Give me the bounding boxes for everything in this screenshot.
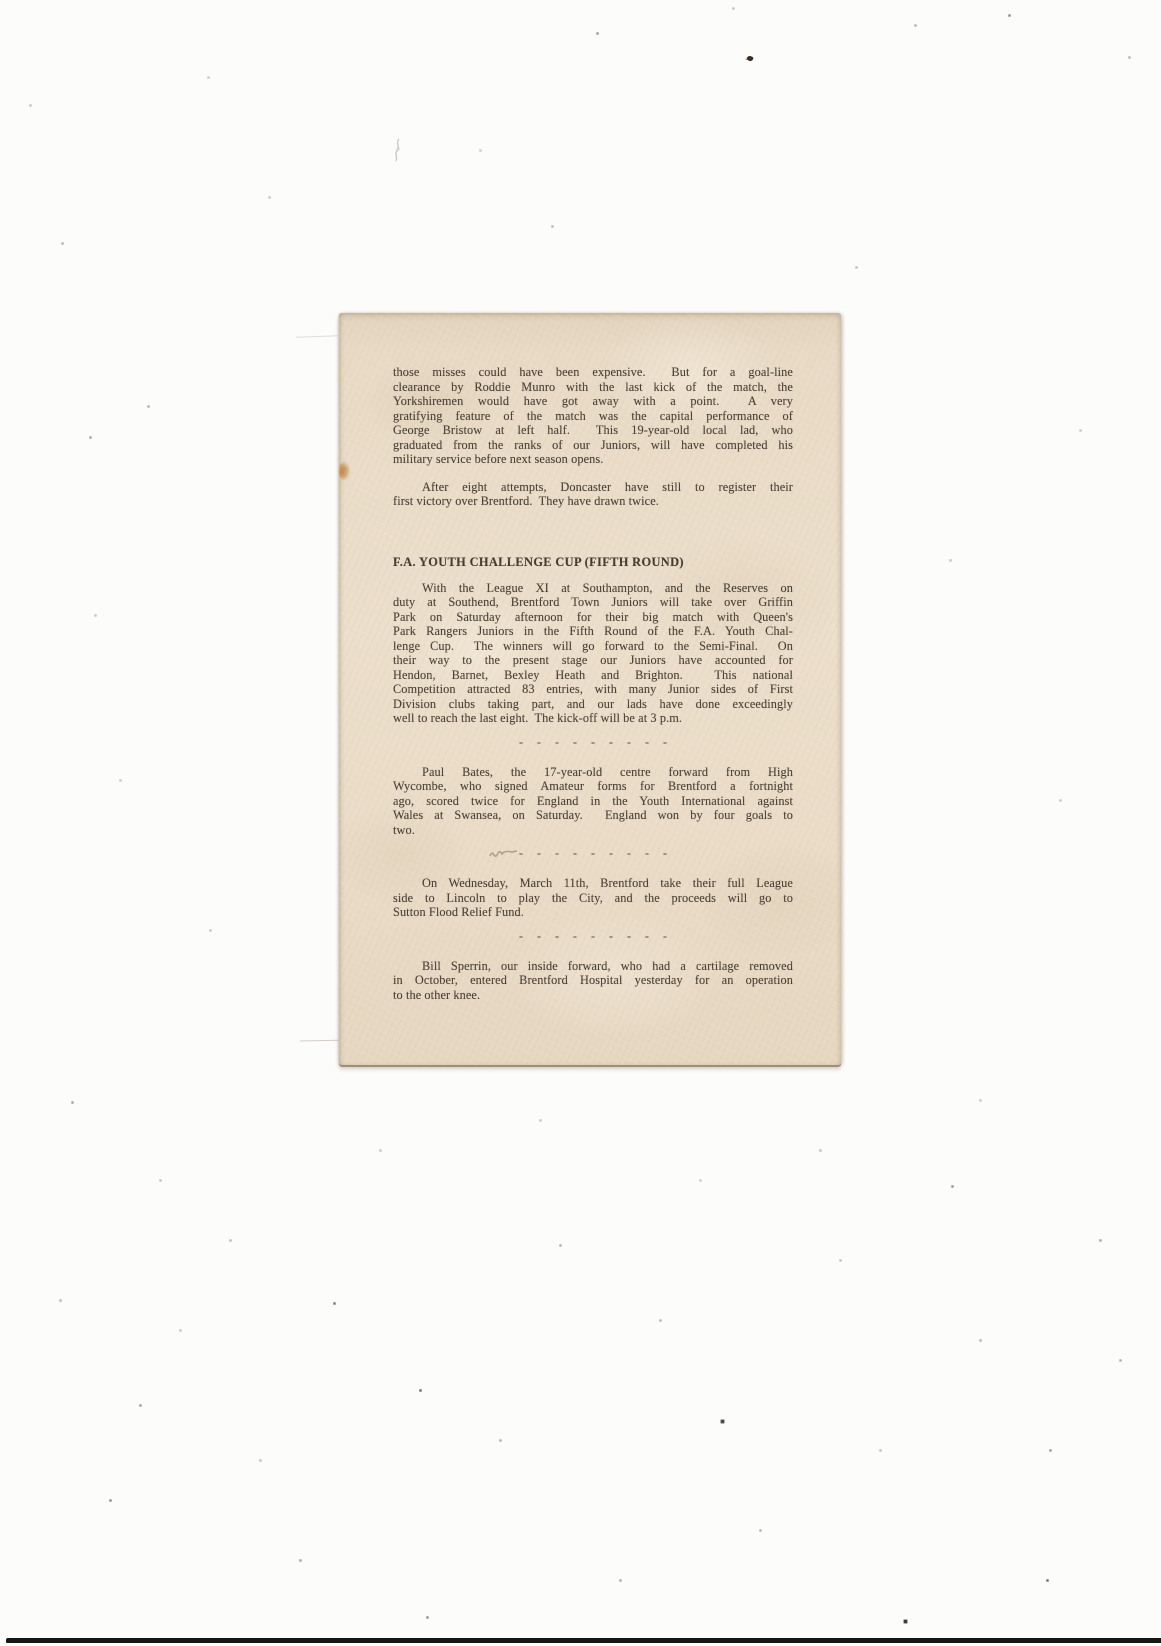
dashed-separator: ---------	[393, 929, 793, 943]
separator-dashes: ---------	[505, 735, 681, 749]
paragraph: With the League XI at Southampton, and t…	[393, 581, 793, 726]
programme-page: those misses could have been expensive. …	[339, 313, 841, 1065]
paragraph: Paul Bates, the 17-year-old centre forwa…	[393, 765, 793, 838]
text-line: Bill Sperrin, our inside forward, who ha…	[393, 959, 793, 974]
text-line: duty at Southend, Brentford Town Juniors…	[393, 595, 793, 610]
text-line: On Wednesday, March 11th, Brentford take…	[393, 876, 793, 891]
text-line: those misses could have been expensive. …	[393, 365, 793, 380]
text-line: Hendon, Barnet, Bexley Heath and Brighto…	[393, 668, 793, 683]
separator-dashes: ---------	[505, 929, 681, 943]
text-line: in October, entered Brentford Hospital y…	[393, 973, 793, 988]
text-line: to the other knee.	[393, 988, 793, 1003]
text-line: Competition attracted 83 entries, with m…	[393, 682, 793, 697]
text-line: lenge Cup. The winners will go forward t…	[393, 639, 793, 654]
text-line: George Bristow at left half. This 19-yea…	[393, 423, 793, 438]
paragraph: After eight attempts, Doncaster have sti…	[393, 480, 793, 509]
text-line: Park Rangers Juniors in the Fifth Round …	[393, 624, 793, 639]
text-line: Paul Bates, the 17-year-old centre forwa…	[393, 765, 793, 780]
section-heading: F.A. YOUTH CHALLENGE CUP (FIFTH ROUND)	[393, 555, 793, 570]
text-line: graduated from the ranks of our Juniors,…	[393, 438, 793, 453]
text-line: ago, scored twice for England in the You…	[393, 794, 793, 809]
text-line: well to reach the last eight. The kick-o…	[393, 711, 793, 726]
scan-canvas: those misses could have been expensive. …	[0, 0, 1161, 1646]
text-line: first victory over Brentford. They have …	[393, 494, 793, 509]
paragraph: Bill Sperrin, our inside forward, who ha…	[393, 959, 793, 1003]
pencil-squiggle-mark	[392, 138, 404, 162]
text-line: two.	[393, 823, 793, 838]
text-line: clearance by Roddie Munro with the last …	[393, 380, 793, 395]
paragraph: those misses could have been expensive. …	[393, 365, 793, 467]
text-line: After eight attempts, Doncaster have sti…	[393, 480, 793, 495]
text-line: side to Lincoln to play the City, and th…	[393, 891, 793, 906]
text-line: Wycombe, who signed Amateur forms for Br…	[393, 779, 793, 794]
dashed-separator: ---------	[393, 846, 793, 860]
text-line: Sutton Flood Relief Fund.	[393, 905, 793, 920]
paper-stain	[339, 461, 350, 481]
text-line: Division clubs taking part, and our lads…	[393, 697, 793, 712]
scan-edge-bar	[6, 1638, 1161, 1643]
text-line: With the League XI at Southampton, and t…	[393, 581, 793, 596]
scratch-mark	[296, 335, 338, 337]
text-line: Yorkshiremen would have got away with a …	[393, 394, 793, 409]
page-content: those misses could have been expensive. …	[393, 365, 793, 1002]
text-line: their way to the present stage our Junio…	[393, 653, 793, 668]
text-line: Wales at Swansea, on Saturday. England w…	[393, 808, 793, 823]
separator-dashes: ---------	[505, 846, 681, 860]
dust-specks	[0, 0, 1, 1]
text-line: Park on Saturday afternoon for their big…	[393, 610, 793, 625]
dashed-separator: ---------	[393, 735, 793, 749]
ink-fleck	[746, 55, 754, 62]
text-line: gratifying feature of the match was the …	[393, 409, 793, 424]
paragraph: On Wednesday, March 11th, Brentford take…	[393, 876, 793, 920]
text-line: military service before next season open…	[393, 452, 793, 467]
